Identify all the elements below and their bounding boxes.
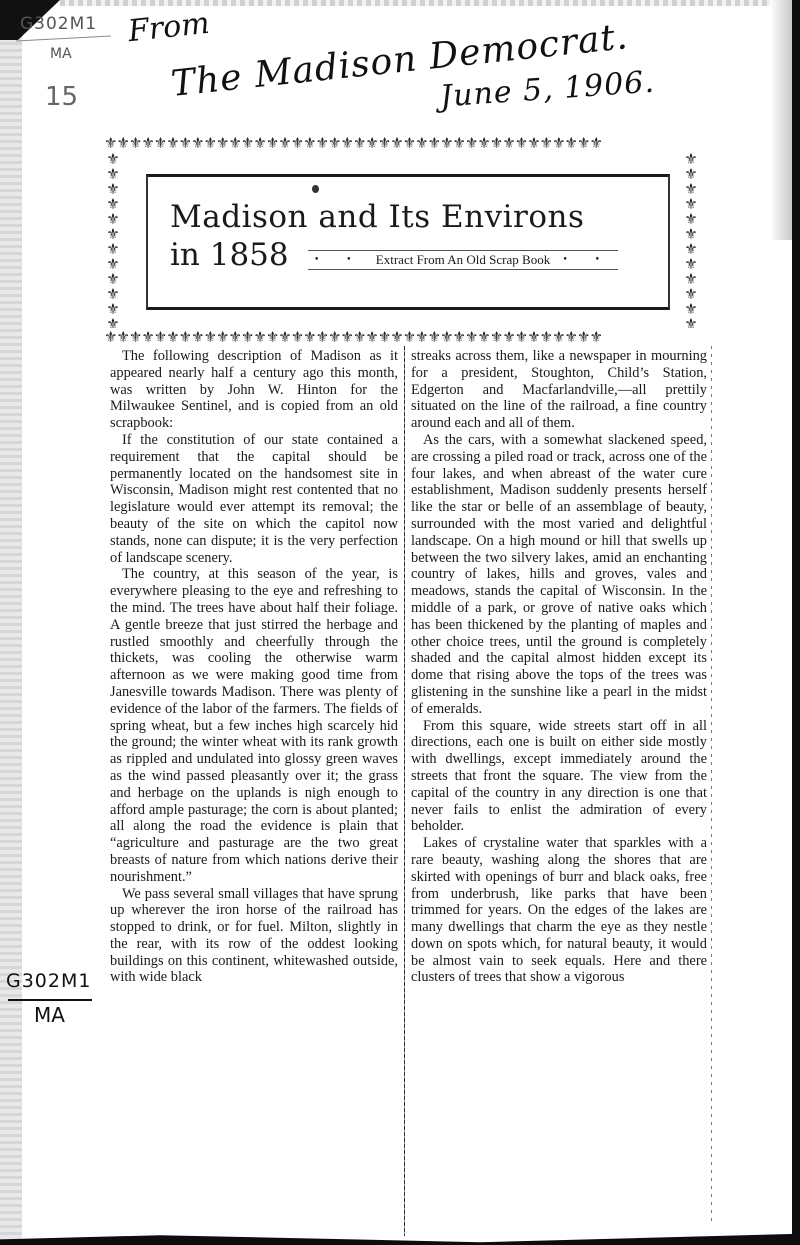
article-column-right: streaks across them, like a newspaper in… [411,348,707,986]
pencil-number: 15 [45,82,78,112]
headline-line-2: in 1858 [170,237,289,273]
paragraph: From this square, wide streets start off… [411,718,707,836]
scan-edge-top [60,0,800,6]
subheadline: Extract From An Old Scrap Book [376,252,550,268]
paragraph: We pass several small villages that have… [110,886,398,987]
column-divider [404,346,405,1236]
pencil-collection: MA [50,46,72,62]
pencil-catalog-id: G302M1 [20,14,97,34]
paragraph: Lakes of crystaline water that sparkles … [411,835,707,986]
paragraph: If the constitution of our state contain… [110,432,398,566]
headline-box: Madison and Its Environs in 1858 • • Ext… [146,174,670,310]
paragraph: The country, at this season of the year,… [110,566,398,885]
pencil-underline [16,36,111,42]
ink-underline [8,999,92,1001]
article-header-frame: ⚜⚜⚜⚜⚜⚜⚜⚜⚜⚜⚜⚜⚜⚜⚜⚜⚜⚜⚜⚜⚜⚜⚜⚜⚜⚜⚜⚜⚜⚜⚜⚜⚜⚜⚜⚜⚜⚜⚜⚜… [104,134,700,346]
ink-catalog-id: G302M1 [6,970,91,992]
subheadline-bar: • • Extract From An Old Scrap Book • • [308,250,618,270]
paragraph: As the cars, with a somewhat slackened s… [411,432,707,718]
scan-edge-left [0,0,22,1245]
ornament-dots-icon: • • [314,255,363,265]
scan-shadow-right [770,0,792,240]
article-column-left: The following description of Madison as … [110,348,398,986]
paragraph: streaks across them, like a newspaper in… [411,348,707,432]
scan-edge-right [792,0,800,1245]
ink-collection: MA [34,1003,65,1027]
column-edge-rule [711,346,712,1226]
ink-spot [312,185,319,193]
fleur-de-lis-border-right: ⚜⚜⚜⚜⚜⚜⚜⚜⚜⚜⚜⚜ [682,152,700,328]
fleur-de-lis-border-bottom: ⚜⚜⚜⚜⚜⚜⚜⚜⚜⚜⚜⚜⚜⚜⚜⚜⚜⚜⚜⚜⚜⚜⚜⚜⚜⚜⚜⚜⚜⚜⚜⚜⚜⚜⚜⚜⚜⚜⚜⚜ [104,328,700,346]
headline-line-1: Madison and Its Environs [170,199,584,235]
scan-edge-bottom [0,1231,800,1245]
fleur-de-lis-border-left: ⚜⚜⚜⚜⚜⚜⚜⚜⚜⚜⚜⚜ [104,152,122,328]
handwritten-from: From [126,6,211,49]
paragraph: The following description of Madison as … [110,348,398,432]
ornament-dots-icon: • • [563,255,612,265]
fleur-de-lis-border-top: ⚜⚜⚜⚜⚜⚜⚜⚜⚜⚜⚜⚜⚜⚜⚜⚜⚜⚜⚜⚜⚜⚜⚜⚜⚜⚜⚜⚜⚜⚜⚜⚜⚜⚜⚜⚜⚜⚜⚜⚜ [104,134,700,152]
